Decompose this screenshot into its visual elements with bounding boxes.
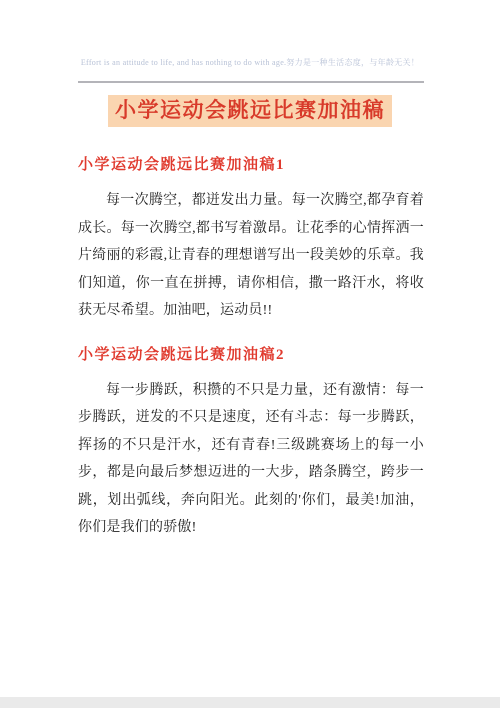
section-2-paragraph: 每一步腾跃，积攒的不只是力量，还有激情：每一步腾跃，迸发的不只是速度，还有斗志：…	[78, 377, 424, 542]
document-title-row: 小学运动会跳远比赛加油稿	[0, 95, 500, 127]
document-page: Effort is an attitude to life, and has n…	[0, 0, 500, 708]
document-body: 小学运动会跳远比赛加油稿1 每一次腾空，都迸发出力量。每一次腾空,都孕育着成长。…	[78, 150, 424, 542]
page-header-watermark: Effort is an attitude to life, and has n…	[0, 57, 500, 68]
section-1-heading: 小学运动会跳远比赛加油稿1	[78, 155, 424, 175]
section-1-paragraph: 每一次腾空，都迸发出力量。每一次腾空,都孕育着成长。每一次腾空,都书写着激昂。让…	[78, 187, 424, 325]
header-divider-line	[78, 81, 424, 83]
document-title: 小学运动会跳远比赛加油稿	[108, 95, 392, 127]
footer-gray-bar	[0, 697, 500, 708]
section-2-heading: 小学运动会跳远比赛加油稿2	[78, 345, 424, 365]
